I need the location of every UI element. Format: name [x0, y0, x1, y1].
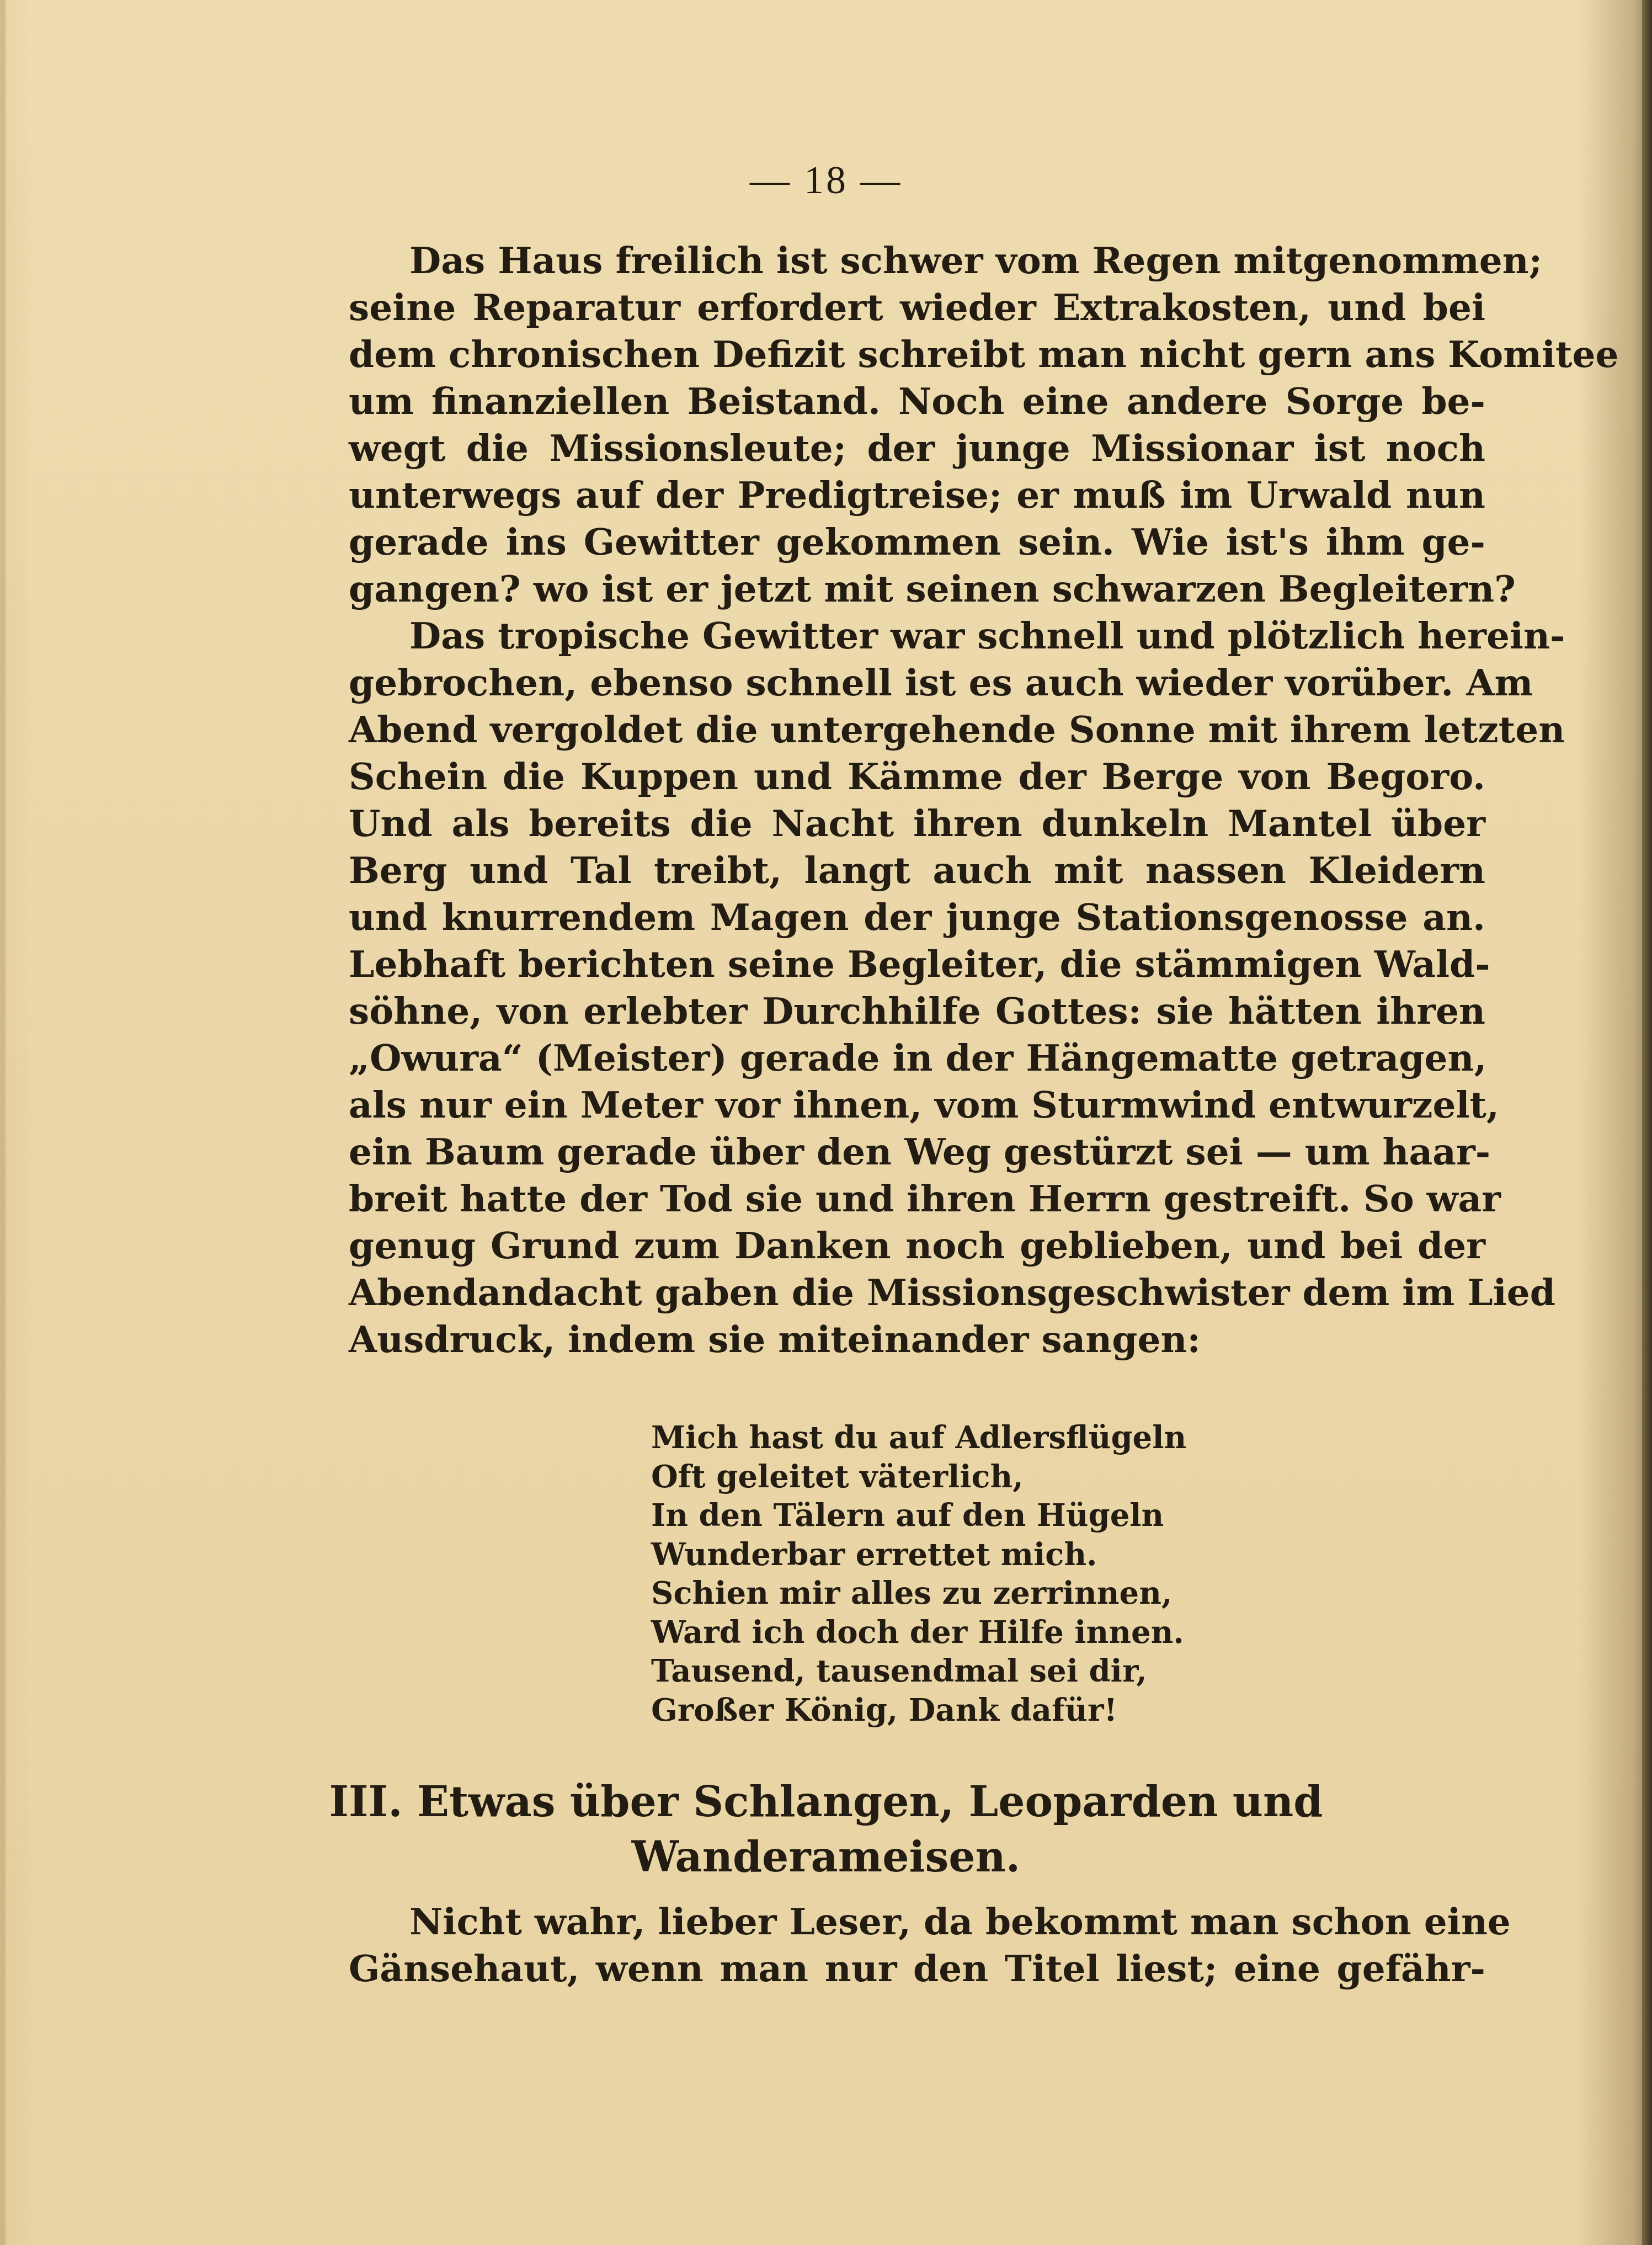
book-page: — 18 — Das Haus freilich ist schwer vom …	[0, 0, 1652, 2245]
text-line: söhne, von erlebter Durchhilfe Gottes: s…	[349, 988, 1485, 1035]
text-line: Berg und Tal treibt, langt auch mit nass…	[349, 847, 1485, 894]
section-heading: III. Etwas über Schlangen, Leoparden und…	[0, 1774, 1652, 1885]
text-line: Und als bereits die Nacht ihren dunkeln …	[349, 800, 1485, 847]
text-line: gebrochen, ebenso schnell ist es auch wi…	[349, 659, 1485, 706]
text-line: Abend vergoldet die untergehende Sonne m…	[349, 706, 1485, 753]
verse-line: Wunderbar errettet mich.	[651, 1535, 1186, 1574]
text-line: ein Baum gerade über den Weg gestürzt se…	[349, 1129, 1485, 1175]
verse-line: Ward ich doch der Hilfe innen.	[651, 1613, 1186, 1652]
text-line: seine Reparatur erfordert wieder Extrako…	[349, 284, 1485, 331]
paragraph-1: Das Haus freilich ist schwer vom Regen m…	[349, 237, 1485, 613]
verse-line: Mich hast du auf Adlersflügeln	[651, 1418, 1186, 1457]
section-heading-line-1: III. Etwas über Schlangen, Leoparden und	[0, 1774, 1652, 1829]
verse-line: Tausend, tausendmal sei dir,	[651, 1652, 1186, 1691]
hymn-verse: Mich hast du auf Adlersflügeln Oft gelei…	[651, 1418, 1186, 1730]
page-left-edge	[0, 0, 6, 2245]
text-line: genug Grund zum Danken noch geblieben, u…	[349, 1222, 1485, 1269]
text-line: Ausdruck, indem sie miteinander sangen:	[349, 1316, 1485, 1363]
text-line: Lebhaft berichten seine Begleiter, die s…	[349, 941, 1485, 988]
text-line: gerade ins Gewitter gekommen sein. Wie i…	[349, 519, 1485, 566]
text-line: Das tropische Gewitter war schnell und p…	[349, 613, 1485, 659]
paragraph-3: Nicht wahr, lieber Leser, da bekommt man…	[349, 1898, 1485, 1992]
text-line: Abendandacht gaben die Missionsgeschwist…	[349, 1269, 1485, 1316]
page-right-edge-shadow	[1642, 0, 1652, 2245]
text-line: unterwegs auf der Predigtreise; er muß i…	[349, 472, 1485, 519]
text-line: gangen? wo ist er jetzt mit seinen schwa…	[349, 566, 1485, 613]
text-line: um finanziellen Beistand. Noch eine ande…	[349, 378, 1485, 425]
verse-line: Oft geleitet väterlich,	[651, 1457, 1186, 1497]
text-line: Gänsehaut, wenn man nur den Titel liest;…	[349, 1945, 1485, 1992]
text-line: breit hatte der Tod sie und ihren Herrn …	[349, 1175, 1485, 1222]
page-number: — 18 —	[0, 157, 1652, 203]
text-line: wegt die Missionsleute; der junge Missio…	[349, 425, 1485, 472]
text-line: Nicht wahr, lieber Leser, da bekommt man…	[349, 1898, 1485, 1945]
verse-line: Großer König, Dank dafür!	[651, 1691, 1186, 1730]
text-line: Das Haus freilich ist schwer vom Regen m…	[349, 237, 1485, 284]
text-line: als nur ein Meter vor ihnen, vom Sturmwi…	[349, 1082, 1485, 1129]
text-line: und knurrendem Magen der junge Stationsg…	[349, 894, 1485, 941]
text-line: dem chronischen Defizit schreibt man nic…	[349, 331, 1485, 378]
text-line: Schein die Kuppen und Kämme der Berge vo…	[349, 753, 1485, 800]
verse-line: In den Tälern auf den Hügeln	[651, 1496, 1186, 1535]
section-heading-line-2: Wanderameisen.	[0, 1829, 1652, 1885]
text-line: „Owura“ (Meister) gerade in der Hängemat…	[349, 1035, 1485, 1082]
verse-line: Schien mir alles zu zerrinnen,	[651, 1574, 1186, 1613]
paragraph-2: Das tropische Gewitter war schnell und p…	[349, 613, 1485, 1363]
